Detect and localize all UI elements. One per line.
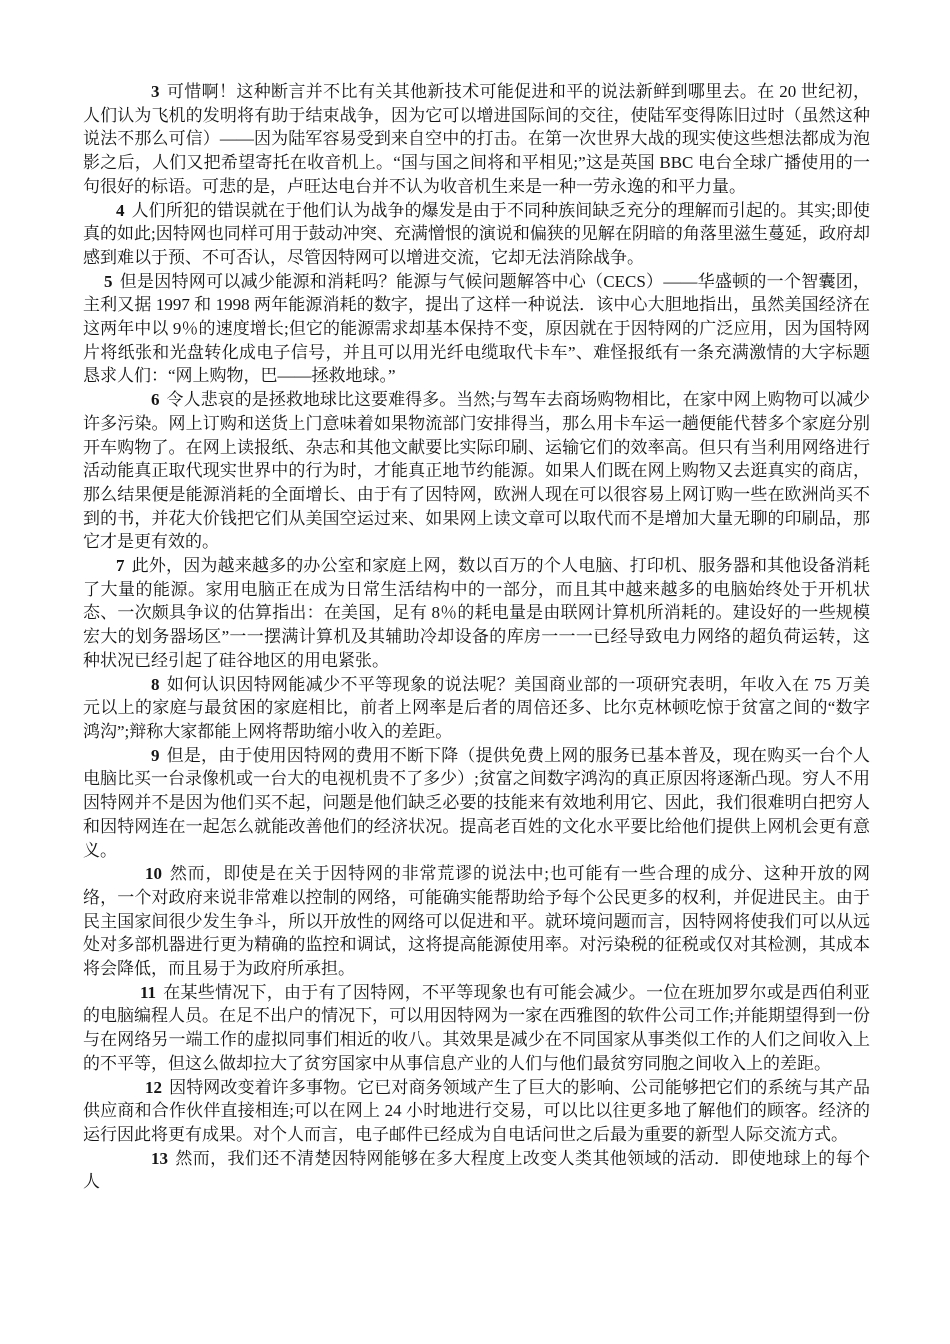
document-body: 3可惜啊！这种断言并不比有关其他新技术可能促进和平的说法新鲜到哪里去。在 20 … xyxy=(83,80,870,1194)
paragraph-text: 但是因特网可以减少能源和消耗吗？能源与气候问题解答中心（CECS）——华盛顿的一… xyxy=(83,272,870,386)
paragraph-text: 但是，由于使用因特网的费用不断下降（提供免费上网的服务已基本普及，现在购买一台个… xyxy=(83,746,870,860)
paragraph-5: 5但是因特网可以减少能源和消耗吗？能源与气候问题解答中心（CECS）——华盛顿的… xyxy=(83,270,870,389)
paragraph-number: 12 xyxy=(145,1078,162,1097)
paragraph-12: 12因特网改变着许多事物。它已对商务领域产生了巨大的影响、公司能够把它们的系统与… xyxy=(83,1076,870,1147)
paragraph-number: 7 xyxy=(116,556,125,575)
paragraph-10: 10然而，即使是在关于因特网的非常荒谬的说法中;也可能有一些合理的成分、这种开放… xyxy=(83,862,870,981)
paragraph-text: 然而，我们还不清楚因特网能够在多大程度上改变人类其他领域的活动．即使地球上的每个… xyxy=(83,1149,870,1192)
paragraph-text: 因特网改变着许多事物。它已对商务领域产生了巨大的影响、公司能够把它们的系统与其产… xyxy=(83,1078,870,1144)
paragraph-6: 6令人悲哀的是拯救地球比这要难得多。当然;与驾车去商场购物相比，在家中网上购物可… xyxy=(83,388,870,554)
paragraph-text: 令人悲哀的是拯救地球比这要难得多。当然;与驾车去商场购物相比，在家中网上购物可以… xyxy=(83,390,870,551)
paragraph-number: 11 xyxy=(140,983,156,1002)
paragraph-11: 11在某些情况下，由于有了因特网，不平等现象也有可能会减少。一位在班加罗尔或是西… xyxy=(83,981,870,1076)
paragraph-8: 8如何认识因特网能减少不平等现象的说法呢？美国商业部的一项研究表明，年收入在 7… xyxy=(83,673,870,744)
paragraph-number: 6 xyxy=(151,390,160,409)
paragraph-text: 此外，因为越来越多的办公室和家庭上网，数以百万的个人电脑、打印机、服务器和其他设… xyxy=(83,556,870,670)
paragraph-4: 4人们所犯的错误就在于他们认为战争的爆发是由于不同种族间缺乏充分的理解而引起的。… xyxy=(83,199,870,270)
paragraph-number: 10 xyxy=(145,864,162,883)
paragraph-number: 13 xyxy=(151,1149,168,1168)
paragraph-text: 然而，即使是在关于因特网的非常荒谬的说法中;也可能有一些合理的成分、这种开放的网… xyxy=(83,864,870,978)
paragraph-13: 13然而，我们还不清楚因特网能够在多大程度上改变人类其他领域的活动．即使地球上的… xyxy=(83,1147,870,1194)
paragraph-text: 在某些情况下，由于有了因特网，不平等现象也有可能会减少。一位在班加罗尔或是西伯利… xyxy=(83,983,870,1073)
paragraph-text: 人们所犯的错误就在于他们认为战争的爆发是由于不同种族间缺乏充分的理解而引起的。其… xyxy=(83,201,870,267)
paragraph-number: 5 xyxy=(104,272,113,291)
paragraph-9: 9但是，由于使用因特网的费用不断下降（提供免费上网的服务已基本普及，现在购买一台… xyxy=(83,744,870,863)
paragraph-number: 3 xyxy=(151,82,160,101)
paragraph-text: 可惜啊！这种断言并不比有关其他新技术可能促进和平的说法新鲜到哪里去。在 20 世… xyxy=(83,82,870,196)
document-page: 3可惜啊！这种断言并不比有关其他新技术可能促进和平的说法新鲜到哪里去。在 20 … xyxy=(0,0,950,1344)
paragraph-number: 8 xyxy=(151,675,160,694)
paragraph-number: 4 xyxy=(116,201,125,220)
paragraph-text: 如何认识因特网能减少不平等现象的说法呢？美国商业部的一项研究表明，年收入在 75… xyxy=(83,675,870,741)
paragraph-3: 3可惜啊！这种断言并不比有关其他新技术可能促进和平的说法新鲜到哪里去。在 20 … xyxy=(83,80,870,199)
paragraph-7: 7此外，因为越来越多的办公室和家庭上网，数以百万的个人电脑、打印机、服务器和其他… xyxy=(83,554,870,673)
paragraph-number: 9 xyxy=(151,746,160,765)
